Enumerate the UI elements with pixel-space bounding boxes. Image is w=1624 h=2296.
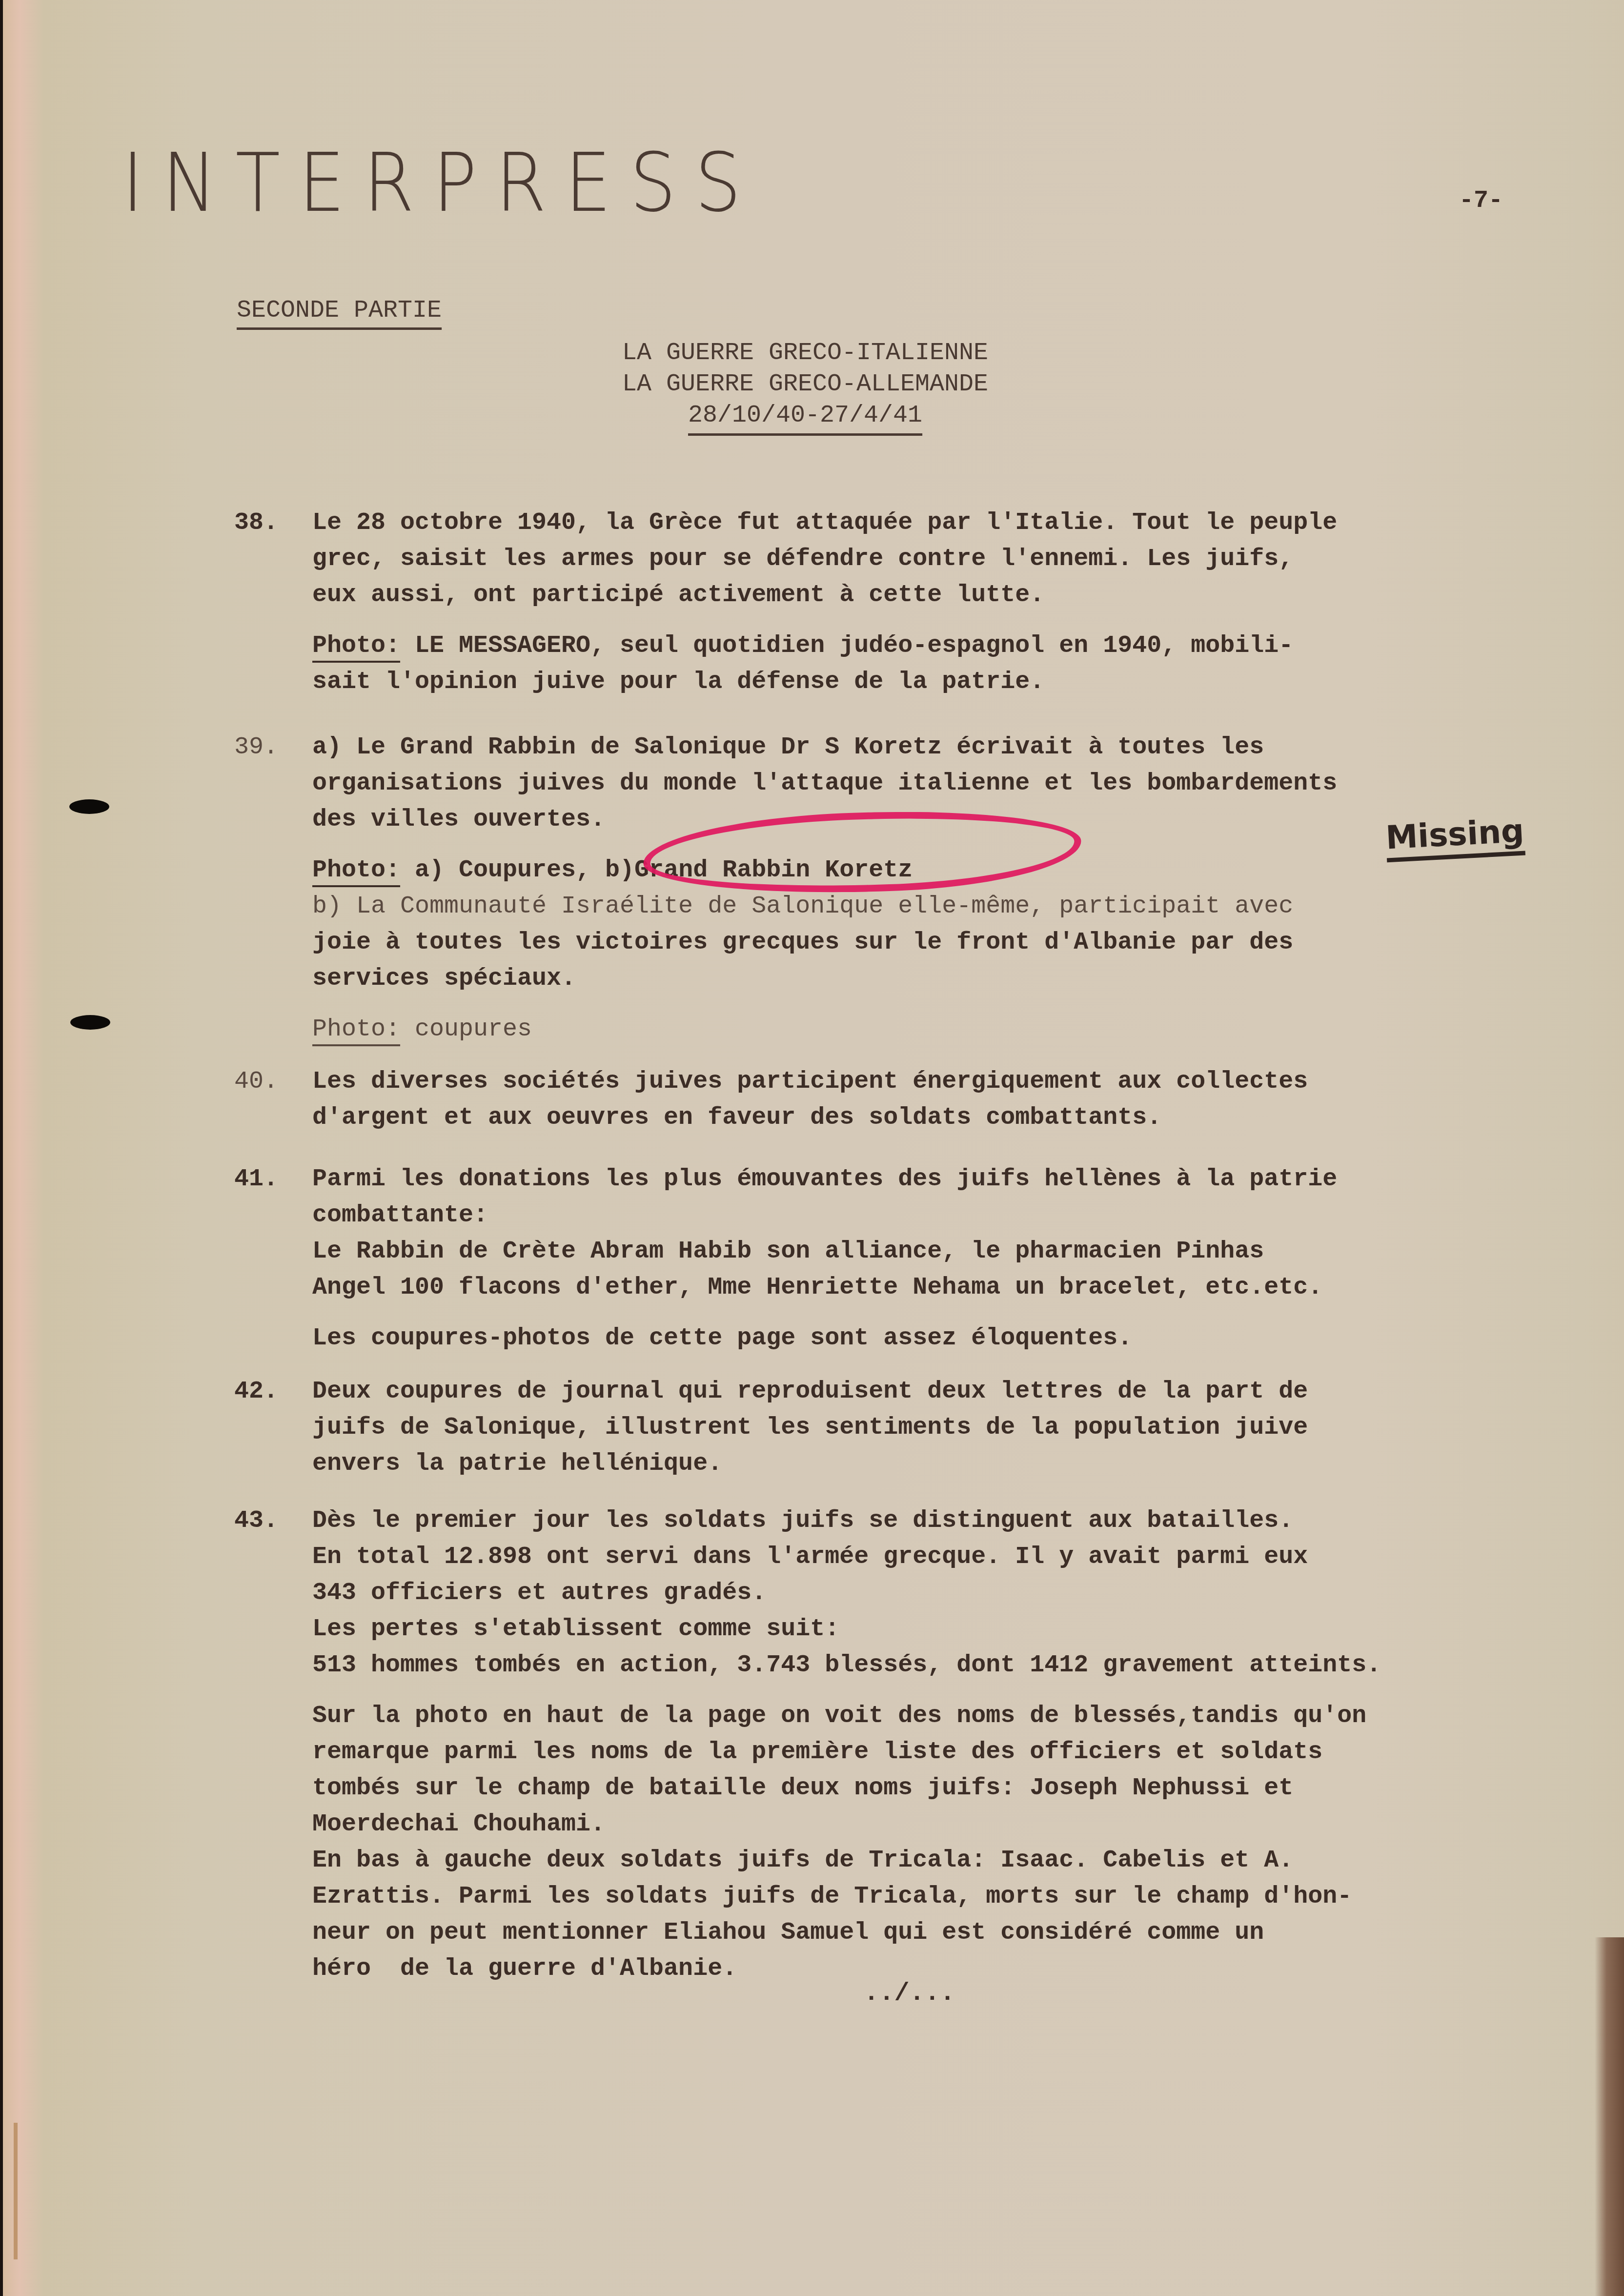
heading-line: LA GUERRE GRECO-ITALIENNE xyxy=(622,338,988,369)
photo-label: Photo: xyxy=(312,632,400,660)
continued-marker: ../... xyxy=(864,1979,955,2008)
chapter-heading: LA GUERRE GRECO-ITALIENNE LA GUERRE GREC… xyxy=(622,338,988,431)
note-line: tombés sur le champ de bataille deux nom… xyxy=(312,1770,1624,1807)
text-line: d'argent et aux oeuvres en faveur des so… xyxy=(312,1100,1624,1136)
paragraph-number: 42. xyxy=(234,1374,278,1410)
paragraph-number: 41. xyxy=(234,1161,278,1198)
note-line: Ezrattis. Parmi les soldats juifs de Tri… xyxy=(312,1879,1624,1915)
note-line: Moerdechai Chouhami. xyxy=(312,1807,1624,1843)
photo-caption: sait l'opinion juive pour la défense de … xyxy=(312,664,1624,700)
photo-caption-a: a) Coupures, xyxy=(400,856,605,884)
text-line: a) Le Grand Rabbin de Salonique Dr S Kor… xyxy=(312,730,1624,766)
text-line: Le Rabbin de Crète Abram Habib son allia… xyxy=(312,1234,1624,1270)
punch-hole-icon xyxy=(70,1015,110,1030)
text-line: juifs de Salonique, illustrent les senti… xyxy=(312,1410,1624,1446)
page-number: -7- xyxy=(1459,183,1503,219)
photo-caption: coupures xyxy=(400,1016,532,1043)
text-line: envers la patrie hellénique. xyxy=(312,1446,1624,1482)
text-line: Les pertes s'etablissent comme suit: xyxy=(312,1611,1624,1647)
paragraph-number: 40. xyxy=(234,1064,278,1100)
scan-edge-right xyxy=(1595,1937,1624,2296)
text-line: Deux coupures de journal qui reproduisen… xyxy=(312,1374,1624,1410)
text-line: organisations juives du monde l'attaque … xyxy=(312,766,1624,802)
heading-line: LA GUERRE GRECO-ALLEMANDE xyxy=(622,369,988,400)
text-line: Les diverses sociétés juives participent… xyxy=(312,1064,1624,1100)
paragraph-number: 43. xyxy=(234,1503,278,1539)
text-line: combattante: xyxy=(312,1198,1624,1234)
punch-hole-icon xyxy=(69,799,109,814)
note-line: héro de la guerre d'Albanie. xyxy=(312,1951,1624,1987)
photo-label: Photo: xyxy=(312,1016,400,1043)
letterhead-logo: INTERPRESS xyxy=(122,137,760,230)
text-line: eux aussi, ont participé activement à ce… xyxy=(312,577,1624,613)
scan-edge-left xyxy=(0,0,3,2296)
note-line: neur on peut mentionner Eliahou Samuel q… xyxy=(312,1915,1624,1951)
heading-date: 28/10/40-27/4/41 xyxy=(659,402,952,429)
text-line: grec, saisit les armes pour se défendre … xyxy=(312,541,1624,577)
section-title: SECONDE PARTIE xyxy=(237,293,442,329)
text-line: b) La Communauté Israélite de Salonique … xyxy=(312,889,1624,925)
text-line: 343 officiers et autres gradés. xyxy=(312,1575,1624,1611)
text-line: Le 28 octobre 1940, la Grèce fut attaqué… xyxy=(312,505,1624,541)
text-line: Parmi les donations les plus émouvantes … xyxy=(312,1161,1624,1198)
note-line: remarque parmi les noms de la première l… xyxy=(312,1734,1624,1770)
text-line: services spéciaux. xyxy=(312,961,1624,997)
handwritten-missing-note: Missing xyxy=(1385,814,1525,863)
text-line: Angel 100 flacons d'ether, Mme Henriette… xyxy=(312,1270,1624,1306)
paper-stain xyxy=(14,2123,18,2259)
text-line: En total 12.898 ont servi dans l'armée g… xyxy=(312,1539,1624,1575)
text-line: Dès le premier jour les soldats juifs se… xyxy=(312,1503,1624,1539)
paragraph-number: 39. xyxy=(234,730,278,766)
photo-caption: LE MESSAGERO, seul quotidien judéo-espag… xyxy=(400,632,1293,660)
note-line: Les coupures-photos de cette page sont a… xyxy=(312,1321,1624,1357)
photo-label: Photo: xyxy=(312,856,400,884)
text-line: joie à toutes les victoires grecques sur… xyxy=(312,925,1624,961)
paragraph-number: 38. xyxy=(234,505,278,541)
text-line: 513 hommes tombés en action, 3.743 bless… xyxy=(312,1647,1624,1684)
note-line: En bas à gauche deux soldats juifs de Tr… xyxy=(312,1843,1624,1879)
note-line: Sur la photo en haut de la page on voit … xyxy=(312,1698,1624,1734)
section-title-text: SECONDE PARTIE xyxy=(237,297,442,325)
